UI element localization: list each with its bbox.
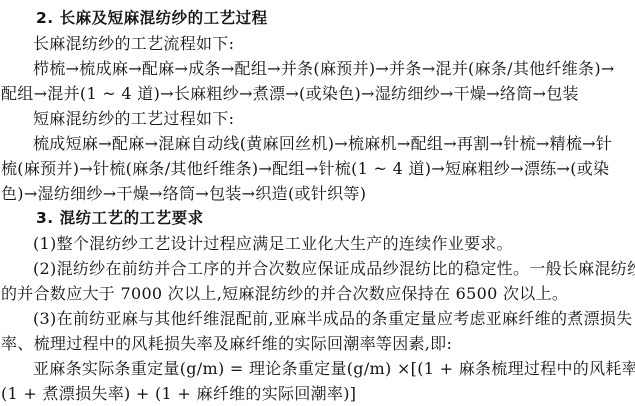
requirement-3-line-2: 率、梳理过程中的风耗损失率及麻纤维的实际回潮率等因素,即: <box>1 331 633 356</box>
long-flax-flow-line-1: 栉梳→梳成麻→配麻→成条→配组→并条(麻预并)→并条→混并(麻条/其他纤维条)→ <box>1 56 633 81</box>
long-flax-flow-intro: 长麻混纺纱的工艺流程如下: <box>1 31 633 56</box>
requirement-2-line-1: (2)混纺纱在前纺并合工序的并合次数应保证成品纱混纺比的稳定性。一般长麻混纺纱 <box>1 256 633 281</box>
requirement-2-line-2: 的并合数应大于 7000 次以上,短麻混纺纱的并合次数应保持在 6500 次以上… <box>1 281 633 306</box>
formula-line-2: (1 + 煮漂损失率) + (1 + 麻纤维的实际回潮率)] <box>1 381 633 406</box>
short-flax-flow-line-3: 色)→湿纺细纱→干燥→络筒→包装→织造(或针织等) <box>1 181 633 206</box>
short-flax-flow-line-1: 梳成短麻→配麻→混麻自动线(黄麻回丝机)→梳麻机→配组→再割→针梳→精梳→针 <box>1 131 633 156</box>
formula-line-1: 亚麻条实际条重定量(g/m) = 理论条重定量(g/m) ×[(1 + 麻条梳理… <box>1 356 633 381</box>
document-page: 2. 长麻及短麻混纺纱的工艺过程 长麻混纺纱的工艺流程如下: 栉梳→梳成麻→配麻… <box>0 0 635 406</box>
short-flax-flow-intro: 短麻混纺纱的工艺过程如下: <box>1 106 633 131</box>
short-flax-flow-line-2: 梳(麻预并)→针梳(麻条/其他纤维条)→配组→针梳(1 ~ 4 道)→短麻粗纱→… <box>1 156 633 181</box>
requirement-1: (1)整个混纺纱工艺设计过程应满足工业化大生产的连续作业要求。 <box>1 231 633 256</box>
section-2-heading: 2. 长麻及短麻混纺纱的工艺过程 <box>1 6 633 31</box>
section-3-heading: 3. 混纺工艺的工艺要求 <box>1 206 633 231</box>
requirement-3-line-1: (3)在前纺亚麻与其他纤维混配前,亚麻半成品的条重定量应考虑亚麻纤维的煮漂损失 <box>1 306 633 331</box>
long-flax-flow-line-2: 配组→混并(1 ~ 4 道)→长麻粗纱→煮漂→(或染色)→湿纺细纱→干燥→络筒→… <box>1 81 633 106</box>
